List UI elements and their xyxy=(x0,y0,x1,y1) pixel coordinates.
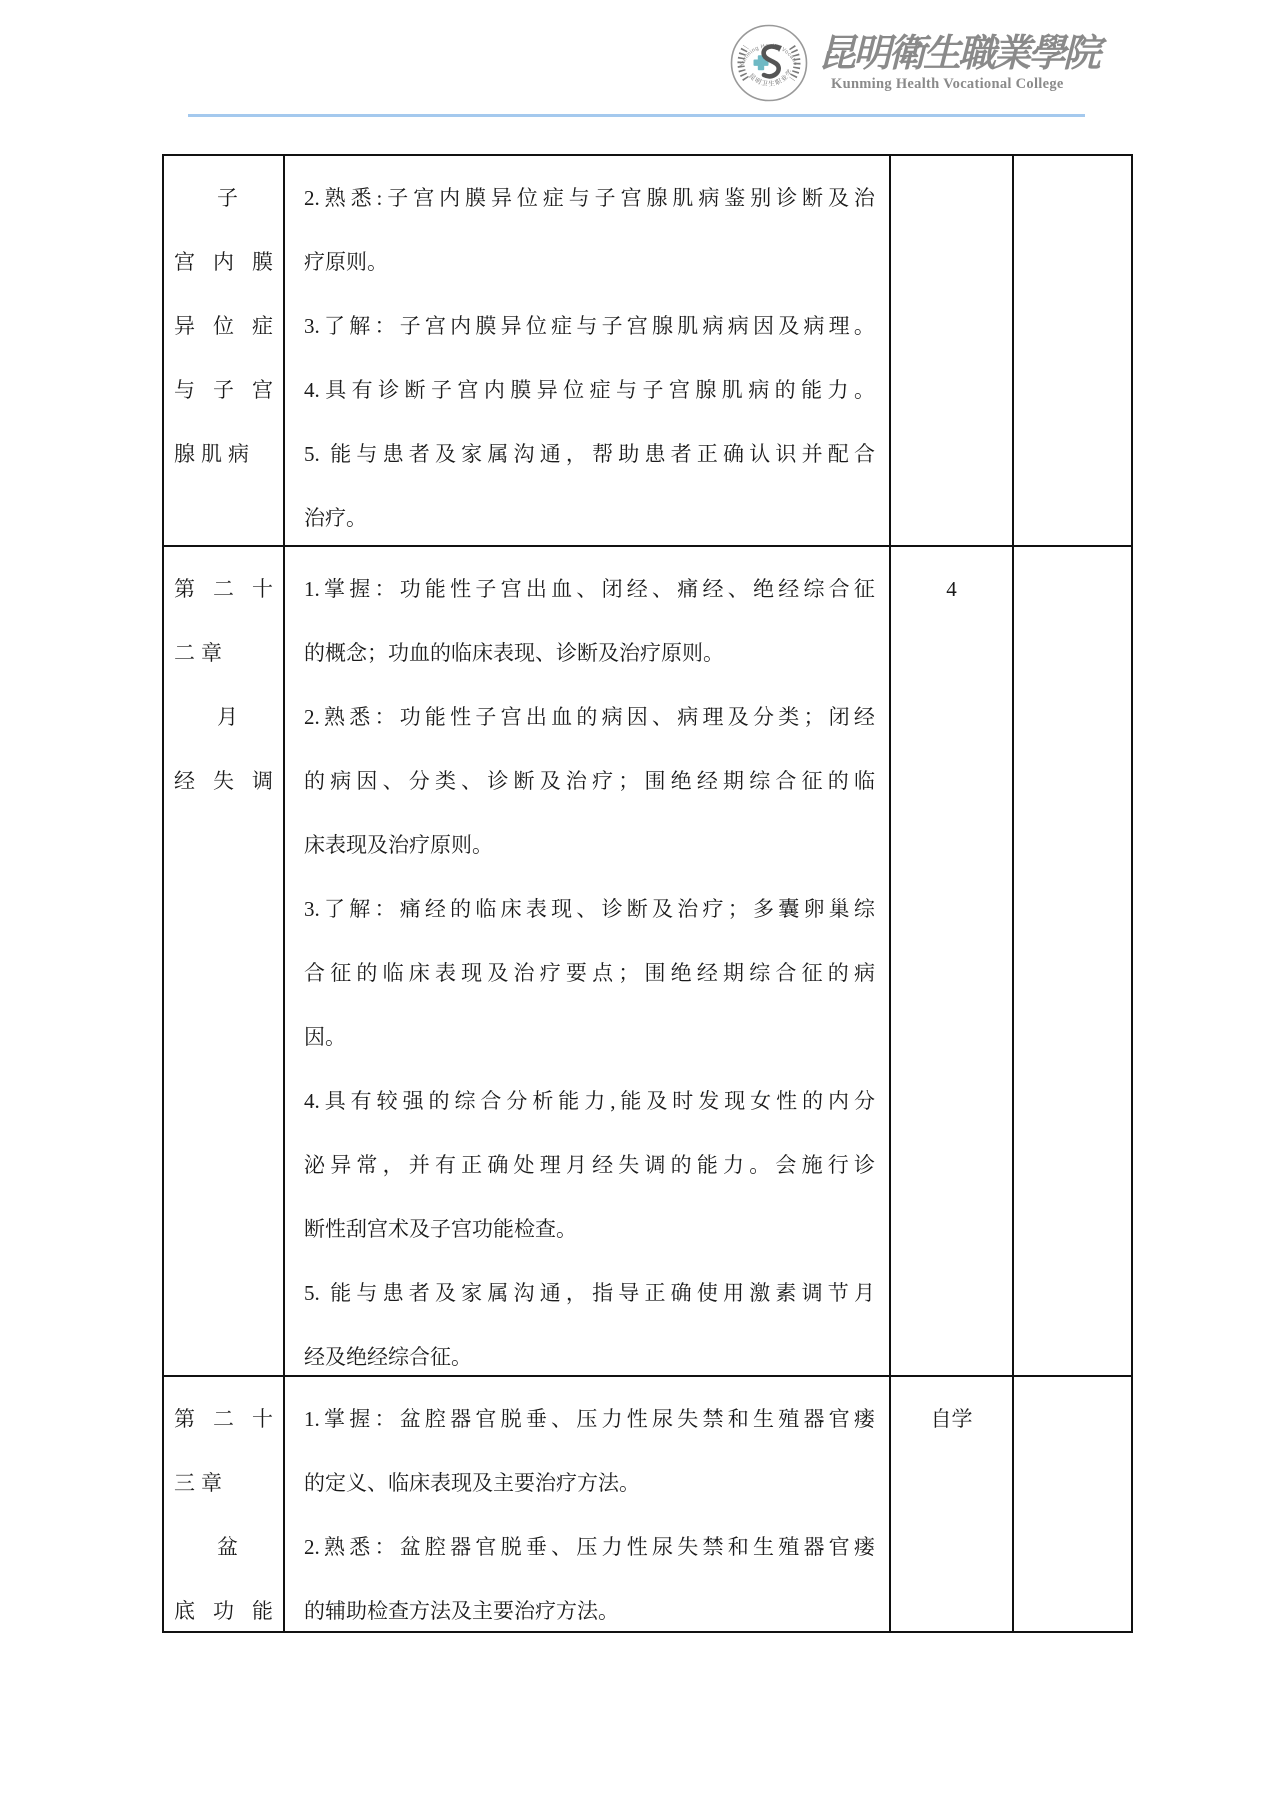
content-line: 2.熟悉：功能性子宫出血的病因、病理及分类；闭经 xyxy=(304,685,875,749)
content-line: 3.了解：痛经的临床表现、诊断及治疗；多囊卵巢综 xyxy=(304,877,875,941)
table-row: 第二十二章月经失调1.掌握：功能性子宫出血、闭经、痛经、绝经综合征的概念；功血的… xyxy=(164,547,1131,1377)
content-line: 的概念；功血的临床表现、诊断及治疗原则。 xyxy=(304,621,875,685)
chapter-line: 底功能 xyxy=(174,1579,273,1631)
hours-value xyxy=(891,166,1012,230)
header-divider-line xyxy=(188,114,1085,117)
document-page: Kunming Health Vocational College 昆明卫生职业… xyxy=(0,0,1274,1801)
hours-cell: 4 xyxy=(891,547,1014,1375)
content-line: 合征的临床表现及治疗要点；围绝经期综合征的病 xyxy=(304,941,875,1005)
chapter-line: 第二十 xyxy=(174,1387,273,1451)
notes-cell xyxy=(1014,1377,1131,1631)
chapter-line: 腺肌病 xyxy=(174,422,273,486)
notes-cell xyxy=(1014,547,1131,1375)
course-table: 子宫内膜异位症与子宫腺肌病2.熟悉:子宫内膜异位症与子宫腺肌病鉴别诊断及治疗原则… xyxy=(162,154,1133,1633)
college-seal-icon: Kunming Health Vocational College 昆明卫生职业… xyxy=(729,23,809,103)
objectives-cell: 1.掌握：功能性子宫出血、闭经、痛经、绝经综合征的概念；功血的临床表现、诊断及治… xyxy=(285,547,891,1375)
content-line: 泌异常，并有正确处理月经失调的能力。会施行诊 xyxy=(304,1133,875,1197)
content-line: 5. 能与患者及家属沟通，指导正确使用激素调节月 xyxy=(304,1261,875,1325)
chapter-line: 与子宫 xyxy=(174,358,273,422)
content-line: 3.了解：子宫内膜异位症与子宫腺肌病病因及病理。 xyxy=(304,294,875,358)
chapter-line: 月 xyxy=(174,685,273,749)
content-line: 床表现及治疗原则。 xyxy=(304,813,875,877)
content-line: 经及绝经综合征。 xyxy=(304,1325,875,1375)
chapter-line: 经失调 xyxy=(174,749,273,813)
content-line: 1.掌握：盆腔器官脱垂、压力性尿失禁和生殖器官瘘 xyxy=(304,1387,875,1451)
college-name-english: Kunming Health Vocational College xyxy=(831,76,1064,93)
hours-cell: 自学 xyxy=(891,1377,1014,1631)
notes-cell xyxy=(1014,156,1131,545)
content-line: 的定义、临床表现及主要治疗方法。 xyxy=(304,1451,875,1515)
chapter-line: 宫内膜 xyxy=(174,230,273,294)
content-line: 断性刮宫术及子宫功能检查。 xyxy=(304,1197,875,1261)
content-line: 的病因、分类、诊断及治疗；围绝经期综合征的临 xyxy=(304,749,875,813)
chapter-line: 异位症 xyxy=(174,294,273,358)
content-line: 4.具有诊断子宫内膜异位症与子宫腺肌病的能力。 xyxy=(304,358,875,422)
chapter-line: 第二十 xyxy=(174,557,273,621)
table-row: 子宫内膜异位症与子宫腺肌病2.熟悉:子宫内膜异位症与子宫腺肌病鉴别诊断及治疗原则… xyxy=(164,156,1131,547)
table-row: 第二十三章盆底功能1.掌握：盆腔器官脱垂、压力性尿失禁和生殖器官瘘的定义、临床表… xyxy=(164,1377,1131,1631)
objectives-cell: 2.熟悉:子宫内膜异位症与子宫腺肌病鉴别诊断及治疗原则。3.了解：子宫内膜异位症… xyxy=(285,156,891,545)
content-line: 的辅助检查方法及主要治疗方法。 xyxy=(304,1579,875,1631)
college-name-calligraphy: 昆明衛生職業學院 xyxy=(818,30,1103,78)
content-line: 治疗。 xyxy=(304,486,875,545)
content-line: 疗原则。 xyxy=(304,230,875,294)
chapter-cell: 第二十三章盆底功能 xyxy=(164,1377,285,1631)
content-line: 5. 能与患者及家属沟通，帮助患者正确认识并配合 xyxy=(304,422,875,486)
chapter-line: 盆 xyxy=(174,1515,273,1579)
hours-value: 4 xyxy=(891,557,1012,621)
chapter-line: 子 xyxy=(174,166,273,230)
chapter-cell: 子宫内膜异位症与子宫腺肌病 xyxy=(164,156,285,545)
content-line: 4.具有较强的综合分析能力,能及时发现女性的内分 xyxy=(304,1069,875,1133)
chapter-line: 二章 xyxy=(174,621,273,685)
content-line: 2.熟悉：盆腔器官脱垂、压力性尿失禁和生殖器官瘘 xyxy=(304,1515,875,1579)
hours-cell xyxy=(891,156,1014,545)
objectives-cell: 1.掌握：盆腔器官脱垂、压力性尿失禁和生殖器官瘘的定义、临床表现及主要治疗方法。… xyxy=(285,1377,891,1631)
content-line: 因。 xyxy=(304,1005,875,1069)
hours-value: 自学 xyxy=(891,1387,1012,1451)
chapter-line: 三章 xyxy=(174,1451,273,1515)
content-line: 1.掌握：功能性子宫出血、闭经、痛经、绝经综合征 xyxy=(304,557,875,621)
content-line: 2.熟悉:子宫内膜异位症与子宫腺肌病鉴别诊断及治 xyxy=(304,166,875,230)
chapter-cell: 第二十二章月经失调 xyxy=(164,547,285,1375)
